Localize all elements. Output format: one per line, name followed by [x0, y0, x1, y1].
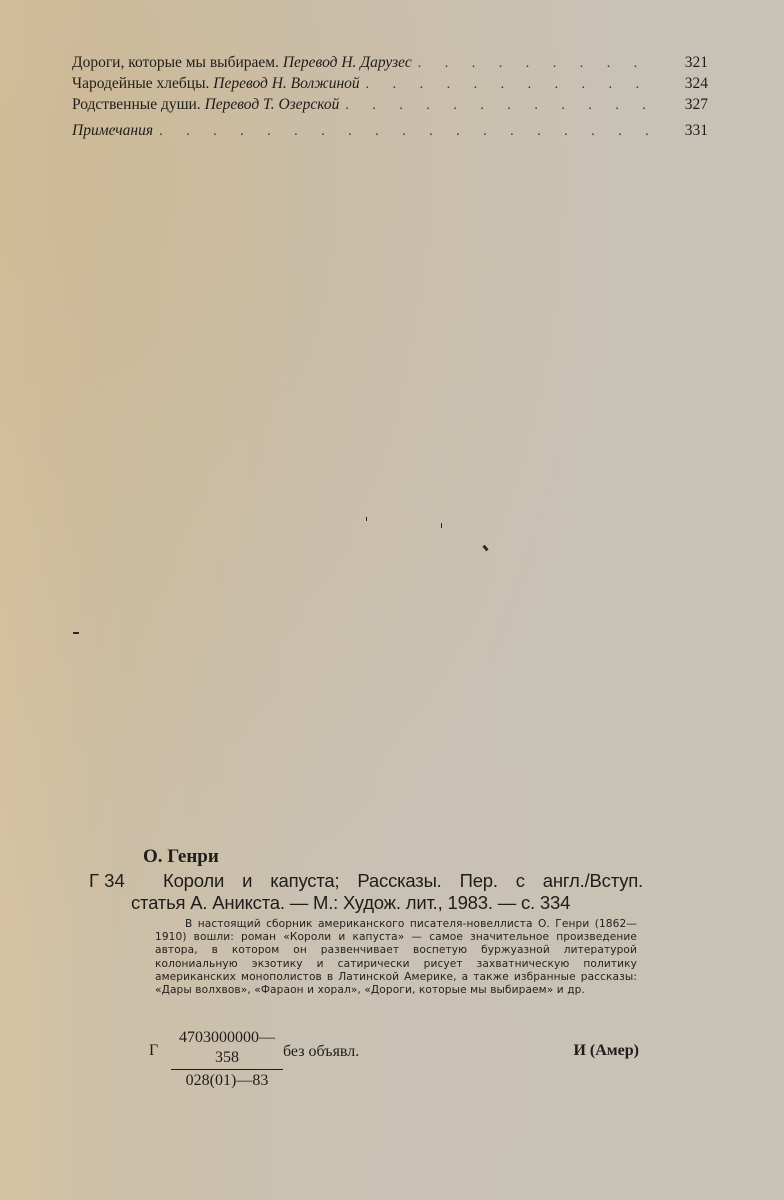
- paper-speck: [441, 523, 442, 528]
- toc-entry-page: 321: [672, 52, 708, 73]
- catalog-footer: Г 4703000000—358 028(01)—83 без объявл. …: [149, 1028, 639, 1078]
- toc-entry: Чародейные хлебцы. Перевод Н. Волжиной .…: [72, 73, 708, 94]
- fraction-bar: [171, 1069, 283, 1070]
- paper-speck: [366, 517, 367, 521]
- toc-entry-notes: Примечания . . . . . . . . . . . . . . .…: [72, 120, 708, 141]
- toc-leader-dots: . . . . . . . . . . . . . . . . . . . . …: [366, 74, 654, 95]
- annotation-text: В настоящий сборник американского писате…: [155, 918, 637, 997]
- toc-entry-page: 324: [672, 73, 708, 94]
- toc-entry-page: 327: [672, 94, 708, 115]
- toc-entry-title: Чародейные хлебцы. Перевод Н. Волжиной: [72, 73, 366, 94]
- table-of-contents: Дороги, которые мы выбираем. Перевод Н. …: [72, 52, 708, 141]
- classification-fraction: 4703000000—358 028(01)—83: [171, 1028, 283, 1091]
- biblio-line-2: статья А. Аникста. — М.: Худож. лит., 19…: [131, 892, 643, 914]
- toc-leader-dots: . . . . . . . . . . . . . . . . . . . . …: [159, 121, 654, 142]
- bibliographic-description: Короли и капуста; Рассказы. Пер. с англ.…: [163, 870, 643, 914]
- fraction-numerator: 4703000000—358: [171, 1028, 283, 1068]
- paper-speck: [482, 545, 488, 552]
- toc-leader-dots: . . . . . . . . . . . . . . . . . . . . …: [345, 95, 654, 116]
- fraction-denominator: 028(01)—83: [171, 1071, 283, 1091]
- no-announcement-note: без объявл.: [283, 1043, 359, 1061]
- book-page: Дороги, которые мы выбираем. Перевод Н. …: [0, 0, 784, 1200]
- toc-entry-page: 331: [672, 120, 708, 141]
- author-name: О. Генри: [143, 846, 219, 868]
- paper-speck: [73, 632, 79, 634]
- library-code: Г 34: [89, 870, 125, 892]
- toc-entry-title: Родственные души. Перевод Т. Озерской: [72, 94, 345, 115]
- toc-entry: Дороги, которые мы выбираем. Перевод Н. …: [72, 52, 708, 73]
- toc-leader-dots: . . . . . . . . . . . . . . . . . . . . …: [418, 53, 654, 74]
- footer-letter: Г: [149, 1042, 158, 1060]
- subject-index: И (Амер): [573, 1042, 639, 1060]
- toc-entry-title: Дороги, которые мы выбираем. Перевод Н. …: [72, 52, 418, 73]
- toc-entry: Родственные души. Перевод Т. Озерской . …: [72, 94, 708, 115]
- toc-entry-title: Примечания: [72, 120, 159, 141]
- biblio-line-1: Короли и капуста; Рассказы. Пер. с англ.…: [163, 870, 643, 892]
